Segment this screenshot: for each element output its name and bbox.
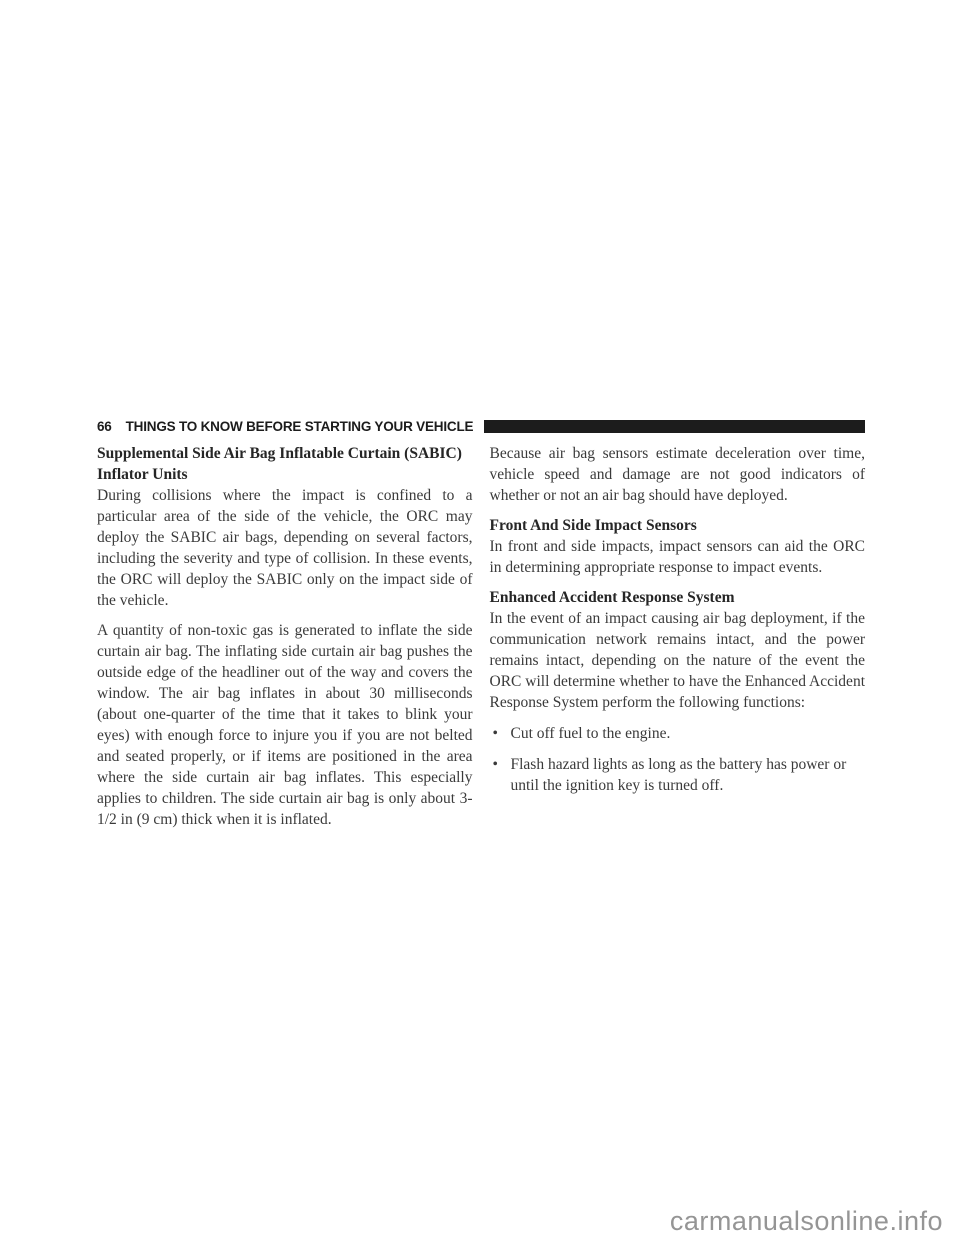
paragraph: Because air bag sensors estimate deceler…: [490, 443, 866, 506]
two-column-body: Supplemental Side Air Bag Inflatable Cur…: [97, 443, 865, 830]
header-rule-bar: [484, 420, 865, 433]
section-heading-enhanced-accident: Enhanced Accident Response System: [490, 587, 866, 608]
function-list: Cut off fuel to the engine. Flash hazard…: [490, 723, 866, 796]
right-column: Because air bag sensors estimate deceler…: [490, 443, 866, 830]
paragraph: During collisions where the impact is co…: [97, 485, 473, 611]
paragraph: A quantity of non-toxic gas is generated…: [97, 620, 473, 830]
chapter-title: THINGS TO KNOW BEFORE STARTING YOUR VEHI…: [126, 419, 474, 434]
list-item: Cut off fuel to the engine.: [490, 723, 866, 744]
running-header: 66 THINGS TO KNOW BEFORE STARTING YOUR V…: [97, 419, 865, 434]
manual-page: 66 THINGS TO KNOW BEFORE STARTING YOUR V…: [97, 419, 865, 830]
paragraph: In front and side impacts, impact sensor…: [490, 536, 866, 578]
page-number: 66: [97, 419, 112, 434]
section-heading-sabic: Supplemental Side Air Bag Inflatable Cur…: [97, 443, 473, 485]
section-heading-impact-sensors: Front And Side Impact Sensors: [490, 515, 866, 536]
paragraph: In the event of an impact causing air ba…: [490, 608, 866, 713]
left-column: Supplemental Side Air Bag Inflatable Cur…: [97, 443, 473, 830]
watermark-text: carmanualsonline.info: [670, 1206, 943, 1237]
list-item: Flash hazard lights as long as the batte…: [490, 754, 866, 796]
